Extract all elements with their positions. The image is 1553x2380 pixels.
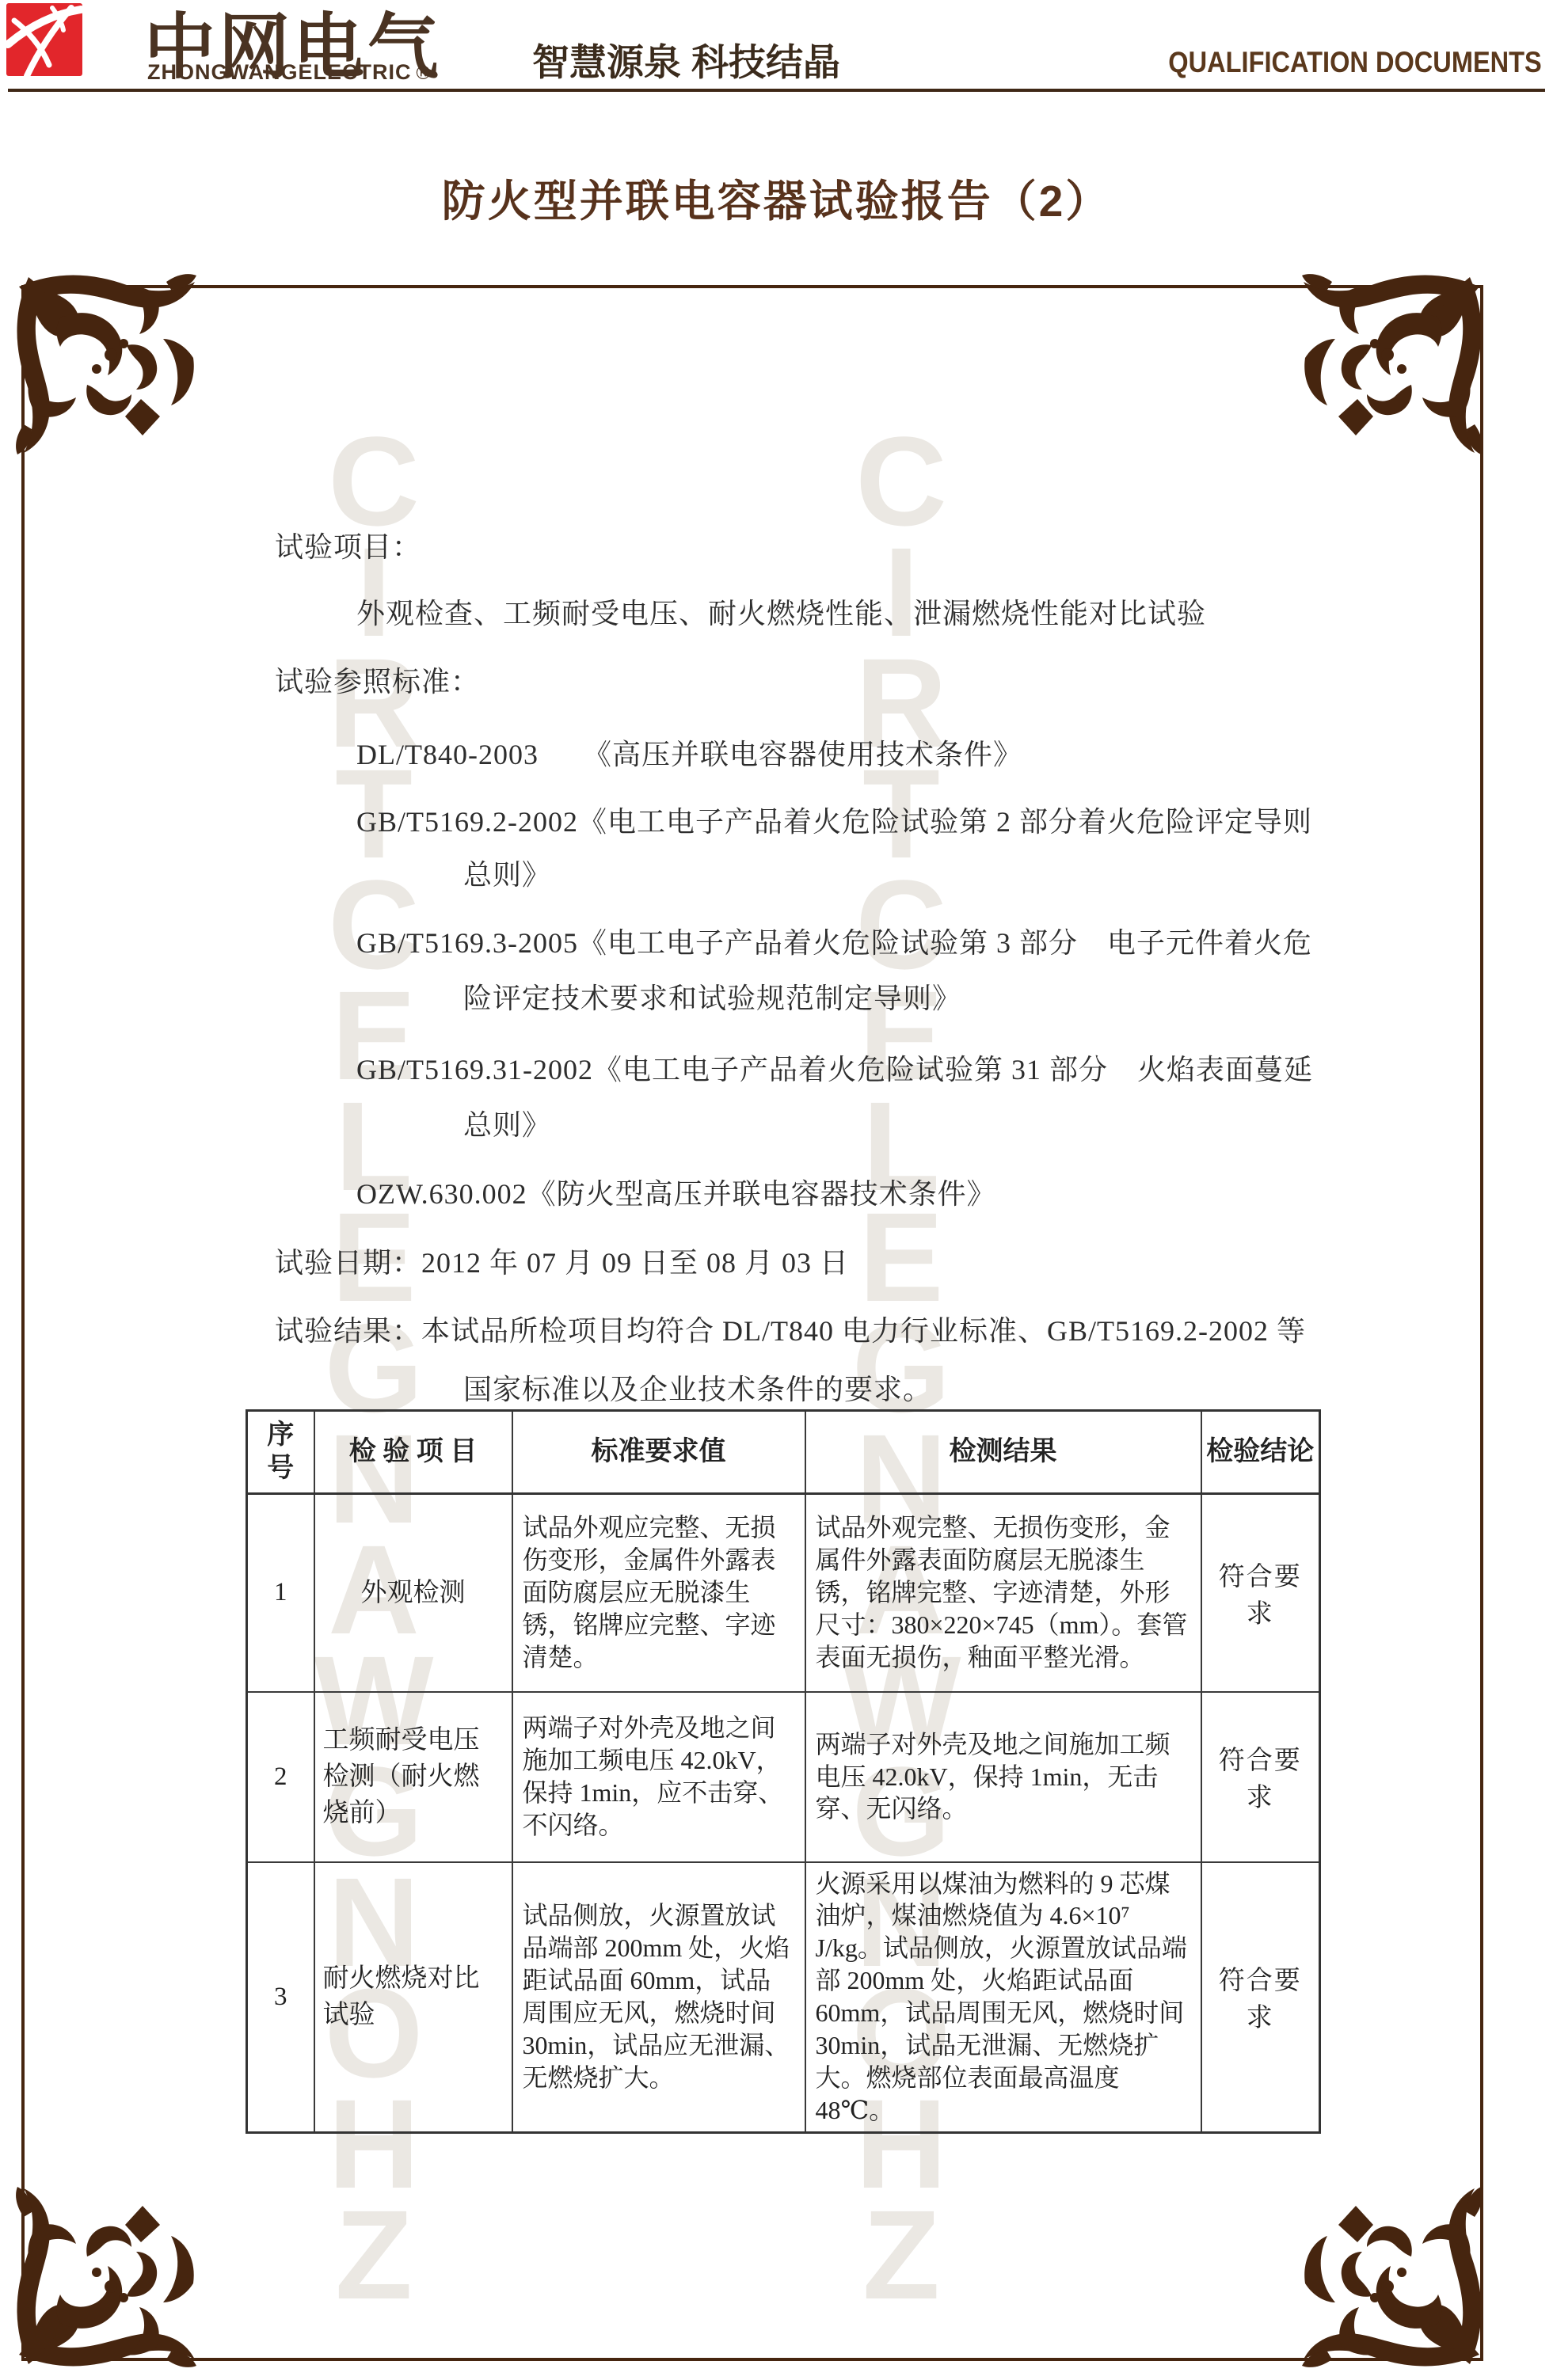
corner-ornament-bottom-left	[8, 2185, 198, 2375]
report-line: OZW.630.002《防火型高压并联电容器技术条件》	[356, 1172, 996, 1212]
company-logo-icon	[6, 3, 82, 76]
report-table-body: 1外观检测试品外观应完整、无损伤变形，金属件外露表面防腐层应无脱漆生锈，铭牌应完…	[247, 1494, 1320, 2133]
cell-no: 3	[247, 1862, 314, 2133]
cell-requirement: 试品外观应完整、无损伤变形，金属件外露表面防腐层应无脱漆生锈，铭牌应完整、字迹清…	[512, 1494, 805, 1692]
column-header: 检测结果	[805, 1411, 1201, 1494]
cell-item: 工频耐受电压检测（耐火燃烧前）	[314, 1692, 512, 1862]
report-line: 试验日期：2012 年 07 月 09 日至 08 月 03 日	[275, 1241, 849, 1281]
cell-no: 1	[247, 1494, 314, 1692]
table-row: 2工频耐受电压检测（耐火燃烧前）两端子对外壳及地之间施加工频电压 42.0kV，…	[247, 1692, 1320, 1862]
cell-result: 试品外观完整、无损伤变形，金属件外露表面防腐层无脱漆生锈，铭牌完整、字迹清楚，外…	[805, 1494, 1201, 1692]
report-line: GB/T5169.2-2002《电工电子产品着火危险试验第 2 部分着火危险评定…	[356, 800, 1312, 840]
report-line: DL/T840-2003 《高压并联电容器使用技术条件》	[356, 732, 1022, 773]
report-line: 总则》	[463, 1103, 551, 1143]
qualification-document-page: 中网电气 ZHONGWANGELECTRIC® 智慧源泉 科技结晶 QUALIF…	[0, 0, 1553, 2380]
table-header-row: 序 号检 验 项 目标准要求值检测结果检验结论	[247, 1411, 1320, 1494]
report-line: 国家标准以及企业技术条件的要求。	[463, 1367, 932, 1408]
registered-trademark: ®	[417, 63, 432, 84]
column-header: 序 号	[247, 1411, 314, 1494]
column-header: 检验结论	[1201, 1411, 1320, 1494]
brand-name-en: ZHONGWANGELECTRIC®	[147, 60, 431, 85]
corner-ornament-top-right	[1300, 266, 1490, 456]
cell-conclusion: 符合要求	[1201, 1692, 1320, 1862]
report-line: 试验项目：	[275, 525, 421, 565]
column-header: 检 验 项 目	[314, 1411, 512, 1494]
report-line: 试验结果：本试品所检项目均符合 DL/T840 电力行业标准、GB/T5169.…	[275, 1309, 1306, 1349]
corner-ornament-bottom-right	[1300, 2185, 1490, 2375]
report-table: 序 号检 验 项 目标准要求值检测结果检验结论 1外观检测试品外观应完整、无损伤…	[246, 1409, 1321, 2134]
cell-requirement: 试品侧放，火源置放试品端部 200mm 处，火焰距试品面 60mm，试品周围应无…	[512, 1862, 805, 2133]
brand-en-text: ZHONGWANGELECTRIC	[147, 60, 412, 84]
cell-result: 两端子对外壳及地之间施加工频电压 42.0kV，保持 1min，无击穿、无闪络。	[805, 1692, 1201, 1862]
table-row: 1外观检测试品外观应完整、无损伤变形，金属件外露表面防腐层应无脱漆生锈，铭牌应完…	[247, 1494, 1320, 1692]
report-line: 试验参照标准：	[275, 660, 480, 700]
cell-item: 耐火燃烧对比试验	[314, 1862, 512, 2133]
report-line: 外观检查、工频耐受电压、耐火燃烧性能、泄漏燃烧性能对比试验	[356, 591, 1206, 632]
report-table-head: 序 号检 验 项 目标准要求值检测结果检验结论	[247, 1411, 1320, 1494]
column-header: 标准要求值	[512, 1411, 805, 1494]
cell-item: 外观检测	[314, 1494, 512, 1692]
report-line: GB/T5169.3-2005《电工电子产品着火危险试验第 3 部分 电子元件着…	[356, 921, 1312, 961]
brand-tagline: 智慧源泉 科技结晶	[532, 33, 840, 86]
report-line: 险评定技术要求和试验规范制定导则》	[463, 976, 961, 1017]
cell-conclusion: 符合要求	[1201, 1494, 1320, 1692]
cell-conclusion: 符合要求	[1201, 1862, 1320, 2133]
cell-requirement: 两端子对外壳及地之间施加工频电压 42.0kV，保持 1min，应不击穿、不闪络…	[512, 1692, 805, 1862]
report-line: GB/T5169.31-2002《电工电子产品着火危险试验第 31 部分 火焰表…	[356, 1047, 1313, 1088]
header-divider	[8, 89, 1545, 92]
cell-no: 2	[247, 1692, 314, 1862]
report-line: 总则》	[463, 853, 551, 893]
corner-ornament-top-left	[8, 266, 198, 456]
page-title: 防火型并联电容器试验报告（2）	[0, 166, 1553, 229]
document-type-label: QUALIFICATION DOCUMENTS	[1169, 46, 1542, 79]
cell-result: 火源采用以煤油为燃料的 9 芯煤油炉，煤油燃烧值为 4.6×10⁷ J/kg。试…	[805, 1862, 1201, 2133]
table-row: 3耐火燃烧对比试验试品侧放，火源置放试品端部 200mm 处，火焰距试品面 60…	[247, 1862, 1320, 2133]
